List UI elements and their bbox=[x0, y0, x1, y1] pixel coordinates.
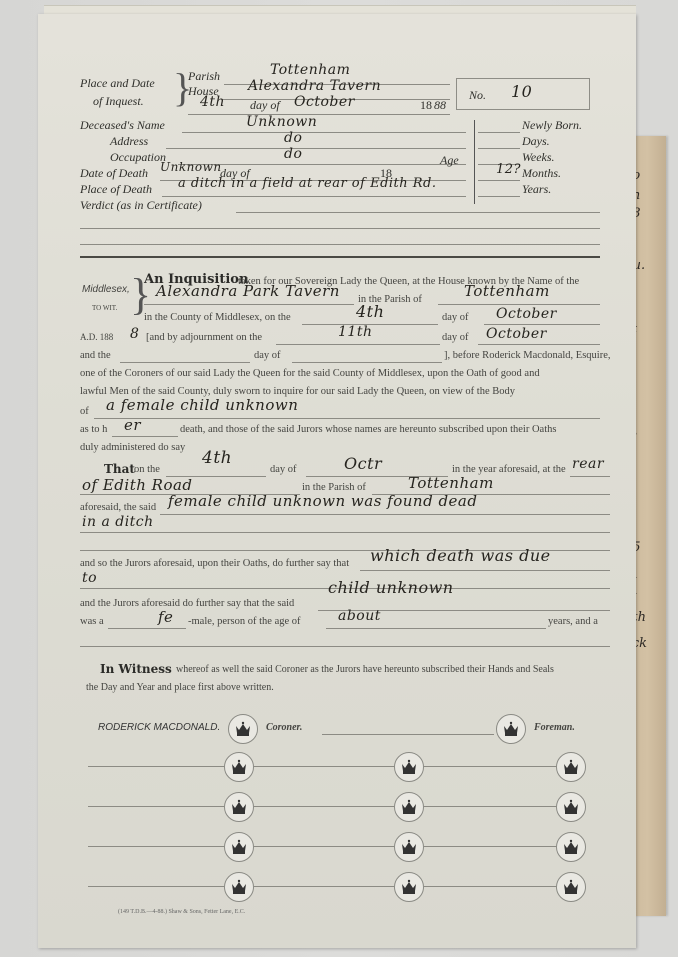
day-of-label: day of bbox=[250, 98, 280, 113]
seal-juror bbox=[556, 792, 586, 822]
juror-signature-line bbox=[424, 846, 556, 847]
pronoun-value: er bbox=[124, 416, 141, 434]
on-the-label: on the bbox=[134, 464, 160, 475]
seal-juror bbox=[224, 872, 254, 902]
said-value: child unknown bbox=[328, 578, 454, 597]
age-days: Days. bbox=[522, 134, 550, 149]
inquisition-month-value: October bbox=[496, 306, 557, 322]
inquest-number: 10 bbox=[511, 82, 532, 101]
jurors-further: and the Jurors aforesaid do further say … bbox=[80, 598, 294, 609]
statement-continuation: in a ditch bbox=[82, 514, 154, 530]
seal-juror bbox=[224, 792, 254, 822]
place-of-death-label: Place of Death bbox=[80, 182, 152, 197]
inquest-day-value: 4th bbox=[200, 94, 225, 110]
parish-value: Tottenham bbox=[270, 62, 350, 78]
coroner-name: RODERICK MACDONALD. bbox=[98, 722, 220, 733]
foreman-label: Foreman. bbox=[534, 722, 575, 733]
crown-icon bbox=[230, 799, 248, 815]
inquest-form-page: Place and Date of Inquest. } Parish Tott… bbox=[38, 14, 636, 948]
age-label: Age bbox=[440, 153, 459, 168]
age-about-value: about bbox=[338, 608, 381, 624]
seal-coroner bbox=[228, 714, 258, 744]
before-text: ], before Roderick Macdonald, Esquire, bbox=[444, 350, 610, 361]
that-month-value: Octr bbox=[344, 454, 382, 473]
inquisition-day-of: day of bbox=[442, 312, 469, 323]
as-to-h-label: as to h bbox=[80, 424, 107, 435]
age-newly-born: Newly Born. bbox=[522, 118, 582, 133]
crown-icon bbox=[562, 759, 580, 775]
day-of-label-2: day of bbox=[254, 350, 281, 361]
crown-icon bbox=[230, 759, 248, 775]
that-day-value: 4th bbox=[202, 448, 232, 468]
duly-line: duly administered do say bbox=[80, 442, 185, 453]
seal-juror bbox=[394, 872, 424, 902]
age-months: Months. bbox=[522, 166, 561, 181]
cause-continuation: to bbox=[82, 570, 97, 586]
seal-juror bbox=[224, 832, 254, 862]
date-of-death-label: Date of Death bbox=[80, 166, 148, 181]
jurors-say: and so the Jurors aforesaid, upon their … bbox=[80, 558, 349, 569]
witness-text-2: the Day and Year and place first above w… bbox=[86, 682, 274, 693]
parish-label: Parish bbox=[188, 69, 220, 84]
crown-icon bbox=[562, 839, 580, 855]
of-inquest-label: of Inquest. bbox=[93, 94, 144, 109]
juror-signature-line bbox=[88, 766, 224, 767]
seal-juror bbox=[394, 792, 424, 822]
crown-icon bbox=[400, 879, 418, 895]
juror-signature-line bbox=[88, 846, 224, 847]
of-label: of bbox=[80, 406, 89, 417]
occupation-label: Occupation bbox=[110, 150, 166, 165]
coroner-label: Coroner. bbox=[266, 722, 302, 733]
adjournment-text: [and by adjournment on the bbox=[146, 332, 262, 343]
inquisition-house-value: Alexandra Park Tavern bbox=[156, 282, 340, 300]
juror-signature-line bbox=[254, 886, 394, 887]
seal-juror bbox=[394, 832, 424, 862]
crown-icon bbox=[562, 879, 580, 895]
crown-icon bbox=[400, 839, 418, 855]
juror-signature-line bbox=[88, 886, 224, 887]
occupation-value: do bbox=[284, 146, 302, 162]
aforesaid-said: aforesaid, the said bbox=[80, 502, 156, 513]
seal-foreman bbox=[496, 714, 526, 744]
address-label: Address bbox=[110, 134, 148, 149]
no-label: No. bbox=[469, 88, 486, 103]
year-value: 88 bbox=[434, 98, 446, 113]
house-value: Alexandra Tavern bbox=[248, 78, 381, 94]
address-value: do bbox=[284, 130, 302, 146]
seal-juror bbox=[224, 752, 254, 782]
that-parish-value: Tottenham bbox=[408, 474, 494, 492]
sex-value: fe bbox=[158, 608, 173, 626]
county-line: in the County of Middlesex, on the bbox=[144, 312, 291, 323]
years-and-a: years, and a bbox=[548, 616, 598, 627]
witness-heading: In Witness bbox=[100, 662, 172, 676]
inquest-number-box: No. 10 bbox=[456, 78, 590, 110]
cause-value: which death was due bbox=[370, 546, 551, 565]
crown-icon bbox=[230, 839, 248, 855]
crown-icon bbox=[502, 721, 520, 737]
seal-juror bbox=[394, 752, 424, 782]
age-weeks: Weeks. bbox=[522, 150, 555, 165]
juror-signature-line bbox=[254, 846, 394, 847]
crown-icon bbox=[230, 879, 248, 895]
ad-label: A.D. 188 bbox=[80, 332, 113, 342]
to-wit-label: TO WIT. bbox=[92, 304, 117, 312]
date-of-death-value: Unknown bbox=[160, 160, 222, 174]
adjournment-month-value: October bbox=[486, 326, 547, 342]
was-a-label: was a bbox=[80, 616, 104, 627]
coroners-line: one of the Coroners of our said Lady the… bbox=[80, 368, 540, 379]
deceased-name-value: Unknown bbox=[246, 114, 317, 130]
county-label: Middlesex, bbox=[82, 284, 130, 295]
crown-icon bbox=[234, 721, 252, 737]
juror-signature-line bbox=[88, 806, 224, 807]
adjournment-day-of: day of bbox=[442, 332, 469, 343]
juror-signature-line bbox=[424, 766, 556, 767]
year-printed: 18 bbox=[420, 98, 432, 113]
death-line: death, and those of the said Jurors whos… bbox=[180, 424, 556, 435]
age-value: 12? bbox=[496, 162, 521, 177]
inquisition-day-value: 4th bbox=[356, 302, 384, 321]
adjournment-day-value: 11th bbox=[338, 324, 372, 340]
that-heading: That bbox=[104, 462, 135, 476]
that-place-value-1: rear bbox=[572, 456, 604, 472]
witness-text: whereof as well the said Coroner as the … bbox=[176, 664, 554, 675]
ad-year-value: 8 bbox=[130, 326, 139, 342]
age-years: Years. bbox=[522, 182, 551, 197]
juror-signature-line bbox=[424, 806, 556, 807]
male-person: -male, person of the age of bbox=[188, 616, 301, 627]
seal-juror bbox=[556, 832, 586, 862]
inquest-month-value: October bbox=[294, 94, 355, 110]
printer-imprint: (149 T.D.B.—4-88.) Shaw & Sons, Fetter L… bbox=[118, 909, 245, 915]
place-date-label: Place and Date bbox=[80, 76, 155, 91]
and-the-label: and the bbox=[80, 350, 111, 361]
inquisition-parish-value: Tottenham bbox=[464, 282, 550, 300]
place-of-death-value: a ditch in a field at rear of Edith Rd. bbox=[178, 176, 437, 191]
body-value: a female child unknown bbox=[106, 396, 298, 414]
juror-signature-line bbox=[254, 766, 394, 767]
seal-juror bbox=[556, 752, 586, 782]
verdict-label: Verdict (as in Certificate) bbox=[80, 198, 202, 213]
crown-icon bbox=[562, 799, 580, 815]
seal-juror bbox=[556, 872, 586, 902]
statement-value: female child unknown was found dead bbox=[168, 492, 477, 510]
juror-signature-line bbox=[424, 886, 556, 887]
deceased-name-label: Deceased's Name bbox=[80, 118, 165, 133]
crown-icon bbox=[400, 799, 418, 815]
juror-signature-line bbox=[254, 806, 394, 807]
crown-icon bbox=[400, 759, 418, 775]
that-day-of: day of bbox=[270, 464, 297, 475]
